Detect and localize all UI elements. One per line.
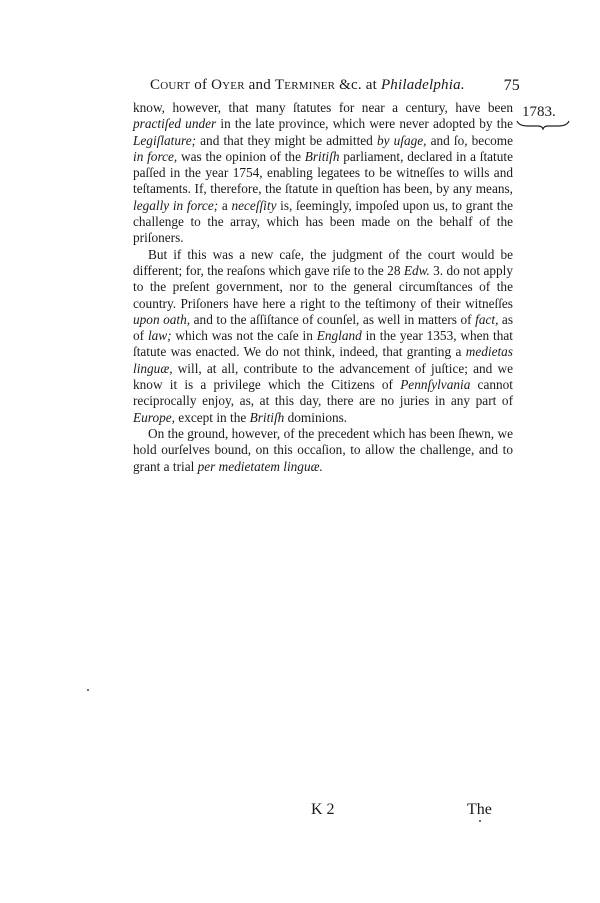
italic-phrase: upon oath, xyxy=(133,312,190,327)
text-run: and that they might be admitted xyxy=(196,133,377,148)
brace-icon xyxy=(516,120,570,130)
text-run: dominions. xyxy=(284,410,347,425)
title-oyer: Oyer xyxy=(211,77,245,93)
italic-phrase: Pennſylvania xyxy=(400,377,470,392)
italic-phrase: neceſſity xyxy=(231,198,276,213)
title-terminer: Terminer xyxy=(275,77,335,93)
italic-phrase: in force, xyxy=(133,149,177,164)
text-run: in the late province, which were never a… xyxy=(216,116,513,131)
print-speck xyxy=(479,820,481,822)
italic-phrase: Britiſh xyxy=(305,149,340,164)
italic-phrase: legally in force; xyxy=(133,198,218,213)
page-number: 75 xyxy=(504,77,520,95)
text-run: except in the xyxy=(175,410,250,425)
signature-mark: K 2 xyxy=(311,801,335,819)
italic-phrase: Europe, xyxy=(133,410,175,425)
text-run: and ſo, become xyxy=(426,133,513,148)
title-place: Philadelphia. xyxy=(381,77,465,93)
italic-phrase: Legiſlature; xyxy=(133,133,196,148)
paragraph-1: know, however, that many ſtatutes for ne… xyxy=(133,100,513,247)
paragraph-2: But if this was a new caſe, the judgment… xyxy=(133,247,513,426)
title-and: and xyxy=(245,77,275,93)
text-run: know, however, that many ſtatutes for ne… xyxy=(133,100,513,115)
catchword: The xyxy=(467,801,492,819)
paragraph-3: On the ground, however, of the precedent… xyxy=(133,426,513,475)
title-court: Court xyxy=(150,77,190,93)
title-etc: &c. at xyxy=(335,77,381,93)
text-run: was the opinion of the xyxy=(177,149,304,164)
italic-phrase: Edw. xyxy=(404,263,430,278)
margin-year-note: 1783. xyxy=(522,104,556,121)
italic-phrase: practiſed under xyxy=(133,116,216,131)
italic-phrase: per medietatem linguæ. xyxy=(198,459,323,474)
body-text: know, however, that many ſtatutes for ne… xyxy=(133,100,513,475)
text-run: which was not the caſe in xyxy=(172,328,317,343)
running-head: Court of Oyer and Terminer &c. at Philad… xyxy=(150,77,530,99)
italic-phrase: by uſage, xyxy=(377,133,427,148)
italic-phrase: fact, xyxy=(475,312,498,327)
print-speck xyxy=(87,689,89,691)
italic-phrase: Britiſh xyxy=(250,410,285,425)
text-run: a xyxy=(218,198,231,213)
book-page: Court of Oyer and Terminer &c. at Philad… xyxy=(0,0,600,903)
italic-phrase: England xyxy=(317,328,362,343)
text-run: On the ground, however, of the precedent… xyxy=(133,426,513,474)
running-head-title: Court of Oyer and Terminer &c. at Philad… xyxy=(150,77,465,94)
italic-phrase: law; xyxy=(148,328,172,343)
text-run: and to the aſſiſtance of counſel, as wel… xyxy=(190,312,475,327)
title-of: of xyxy=(190,77,211,93)
